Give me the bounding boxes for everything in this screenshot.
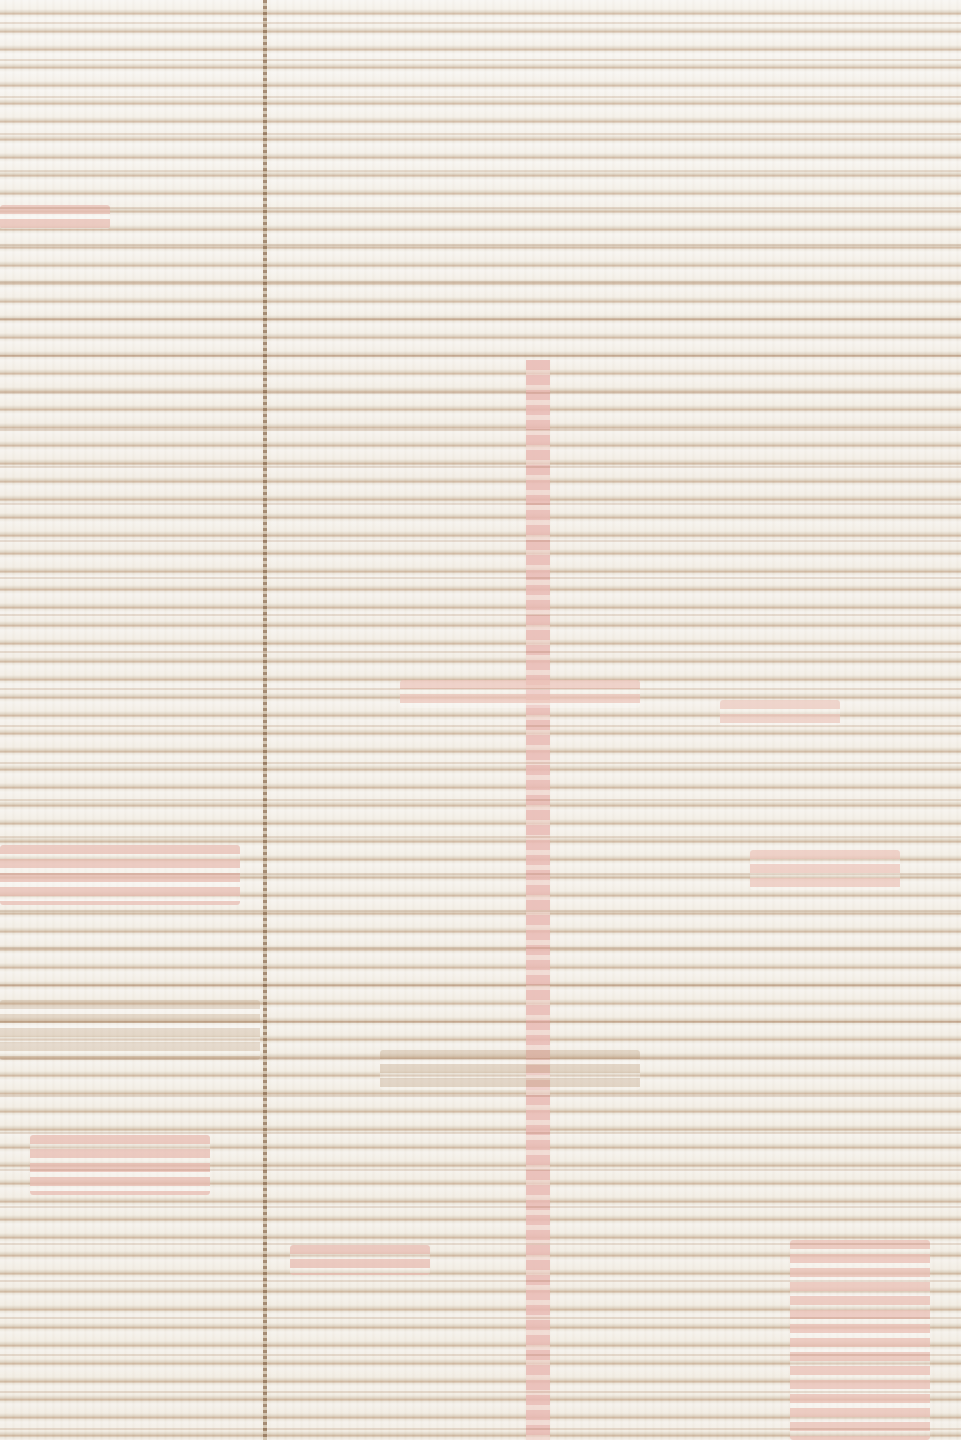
pink-vertical-stripe	[526, 360, 550, 1440]
pink-patch	[290, 1245, 430, 1275]
tan-patch	[380, 1050, 640, 1090]
pink-patch	[750, 850, 900, 890]
pink-patch	[790, 1240, 930, 1440]
pink-patch	[400, 680, 640, 708]
tan-patch	[0, 1000, 260, 1060]
pink-patch	[0, 845, 240, 905]
rug-photo	[0, 0, 961, 1440]
vertical-seam	[263, 0, 267, 1440]
pink-patch	[720, 700, 840, 726]
pink-patch	[0, 205, 110, 229]
pink-patch	[30, 1135, 210, 1195]
